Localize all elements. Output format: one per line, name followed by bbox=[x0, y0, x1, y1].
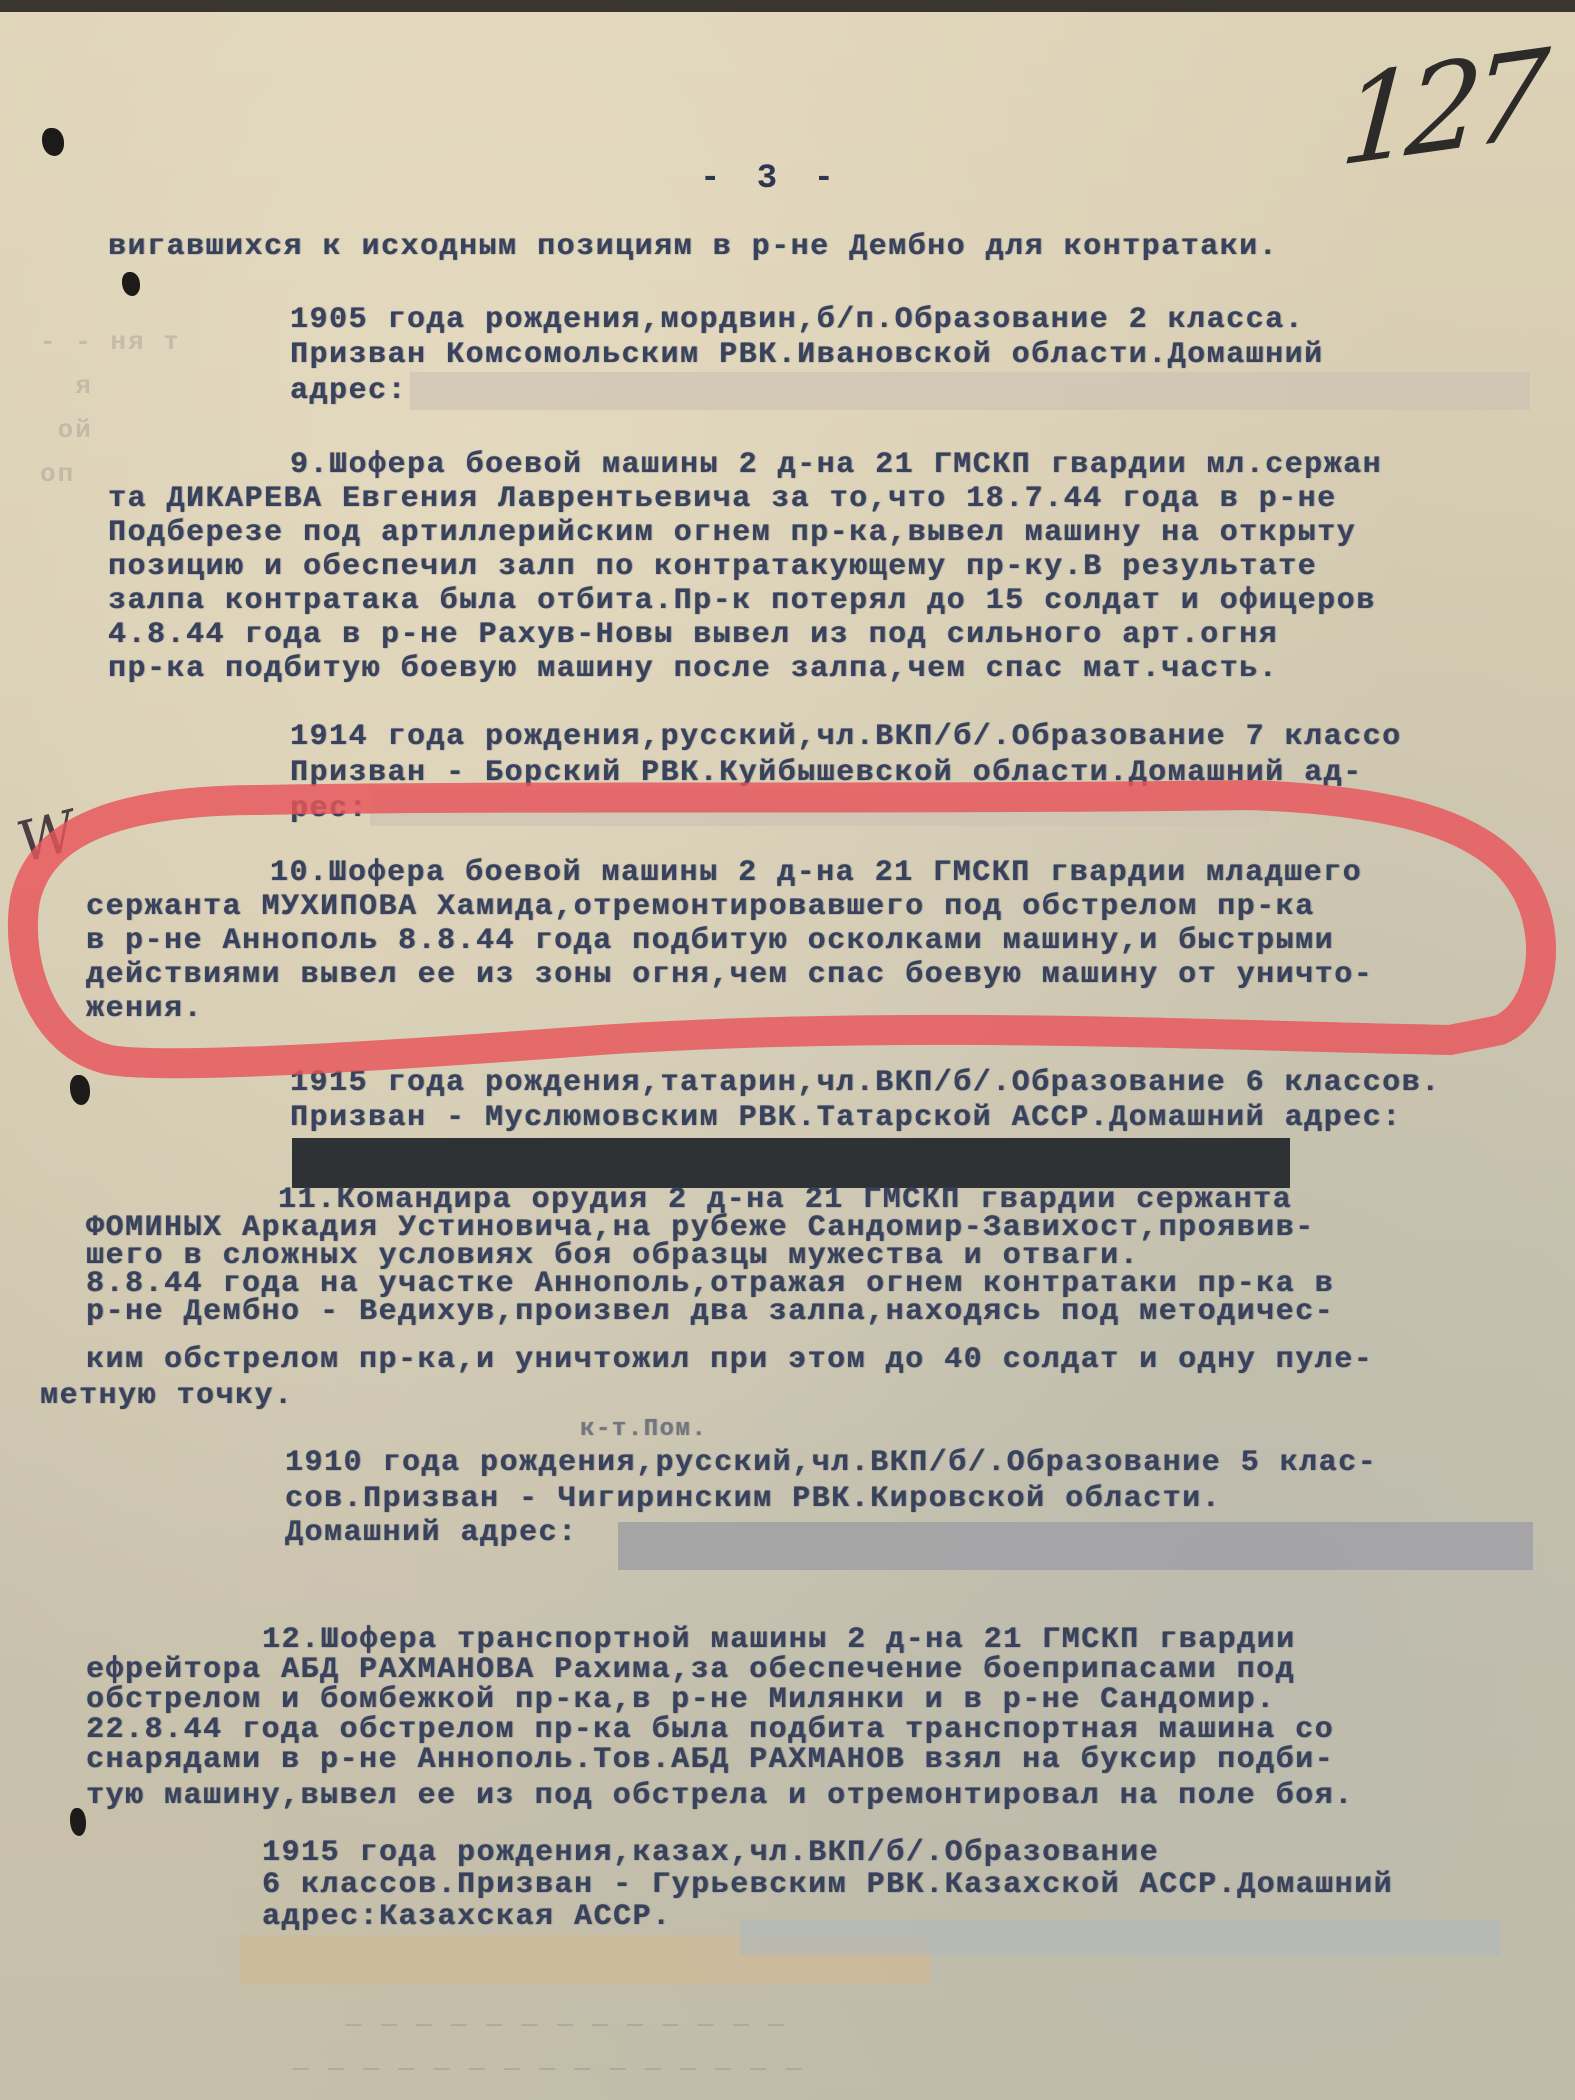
text-line: 1910 года рождения,русский,чл.ВКП/б/.Обр… bbox=[285, 1448, 1377, 1478]
scan-top-edge bbox=[0, 0, 1575, 12]
text-line: Призван Комсомольским РВК.Ивановской обл… bbox=[290, 340, 1324, 370]
text-line: та ДИКАРЕВА Евгения Лаврентьевича за то,… bbox=[108, 484, 1337, 514]
redacted-region bbox=[740, 1920, 1500, 1955]
punch-hole-icon bbox=[70, 1808, 86, 1836]
text-line: р-не Дембно - Ведихув,произвел два залпа… bbox=[86, 1297, 1334, 1327]
redacted-region bbox=[240, 1545, 420, 1603]
text-line: тую машину,вывел ее из под обстрела и от… bbox=[86, 1781, 1354, 1811]
text-line: 1914 года рождения,русский,чл.ВКП/б/.Обр… bbox=[290, 722, 1402, 752]
text-line: метную точку. bbox=[40, 1381, 294, 1411]
text-line: снарядами в р-не Аннополь.Тов.АБД РАХМАН… bbox=[86, 1745, 1334, 1775]
punch-hole-icon bbox=[42, 128, 64, 156]
redacted-address bbox=[618, 1522, 1533, 1570]
highlighted-text-line: действиями вывел ее из зоны огня,чем спа… bbox=[86, 960, 1373, 990]
text-line: рес: bbox=[290, 794, 368, 824]
redacted-address bbox=[410, 372, 1530, 410]
text-line: адрес: bbox=[290, 376, 407, 406]
text-line: 1915 года рождения,татарин,чл.ВКП/б/.Обр… bbox=[290, 1068, 1441, 1098]
text-line: ефрейтора АБД РАХМАНОВА Рахима,за обеспе… bbox=[86, 1655, 1295, 1685]
text-line: ким обстрелом пр-ка,и уничтожил при этом… bbox=[86, 1345, 1373, 1375]
text-line: залпа контратака была отбита.Пр-к потеря… bbox=[108, 586, 1376, 616]
punch-hole-icon bbox=[70, 1075, 90, 1105]
text-line: 22.8.44 года обстрелом пр-ка была подбит… bbox=[86, 1715, 1334, 1745]
text-line: обстрелом и бомбежкой пр-ка,в р-не Милян… bbox=[86, 1685, 1276, 1715]
bleed-through-left: - - ня т я ой оп bbox=[40, 320, 181, 496]
highlighted-text-line: жения. bbox=[86, 994, 203, 1024]
text-line: вигавшихся к исходным позициям в р-не Де… bbox=[108, 232, 1278, 262]
text-line: Призван - Борский РВК.Куйбышевской облас… bbox=[290, 758, 1363, 788]
text-line: сов.Призван - Чигиринским РВК.Кировской … bbox=[285, 1484, 1221, 1514]
page-number: - 3 - bbox=[700, 160, 842, 198]
text-line: Призван - Муслюмовским РВК.Татарской АСС… bbox=[290, 1103, 1402, 1133]
text-line: пр-ка подбитую боевую машину после залпа… bbox=[108, 654, 1278, 684]
text-line: Домашний адрес: bbox=[285, 1518, 578, 1548]
text-line: позицию и обеспечил залп по контратакующ… bbox=[108, 552, 1317, 582]
text-line: 1915 года рождения,казах,чл.ВКП/б/.Образ… bbox=[262, 1838, 1159, 1868]
handwritten-annotation: к-т.Пом. bbox=[580, 1418, 707, 1442]
text-line: адрес:Казахская АССР. bbox=[262, 1902, 672, 1932]
highlighted-text-line: в р-не Аннополь 8.8.44 года подбитую оск… bbox=[86, 926, 1334, 956]
redacted-address bbox=[370, 790, 1270, 826]
highlighted-text-line: сержанта МУХИПОВА Хамида,отремонтировавш… bbox=[86, 892, 1315, 922]
redacted-address bbox=[292, 1138, 1290, 1188]
text-line: 12.Шофера транспортной машины 2 д-на 21 … bbox=[262, 1625, 1296, 1655]
punch-hole-icon bbox=[122, 272, 140, 296]
folio-number: 127 bbox=[1336, 25, 1543, 194]
highlighted-text-line: 10.Шофера боевой машины 2 д-на 21 ГМСКП … bbox=[270, 858, 1362, 888]
text-line: Подберезе под артиллерийским огнем пр-ка… bbox=[108, 518, 1356, 548]
text-line: 6 классов.Призван - Гурьевским РВК.Казах… bbox=[262, 1870, 1393, 1900]
text-line: 9.Шофера боевой машины 2 д-на 21 ГМСКП г… bbox=[290, 450, 1382, 480]
text-line: 4.8.44 года в р-не Рахув-Новы вывел из п… bbox=[108, 620, 1278, 650]
text-line: 1905 года рождения,мордвин,б/п.Образован… bbox=[290, 305, 1304, 335]
